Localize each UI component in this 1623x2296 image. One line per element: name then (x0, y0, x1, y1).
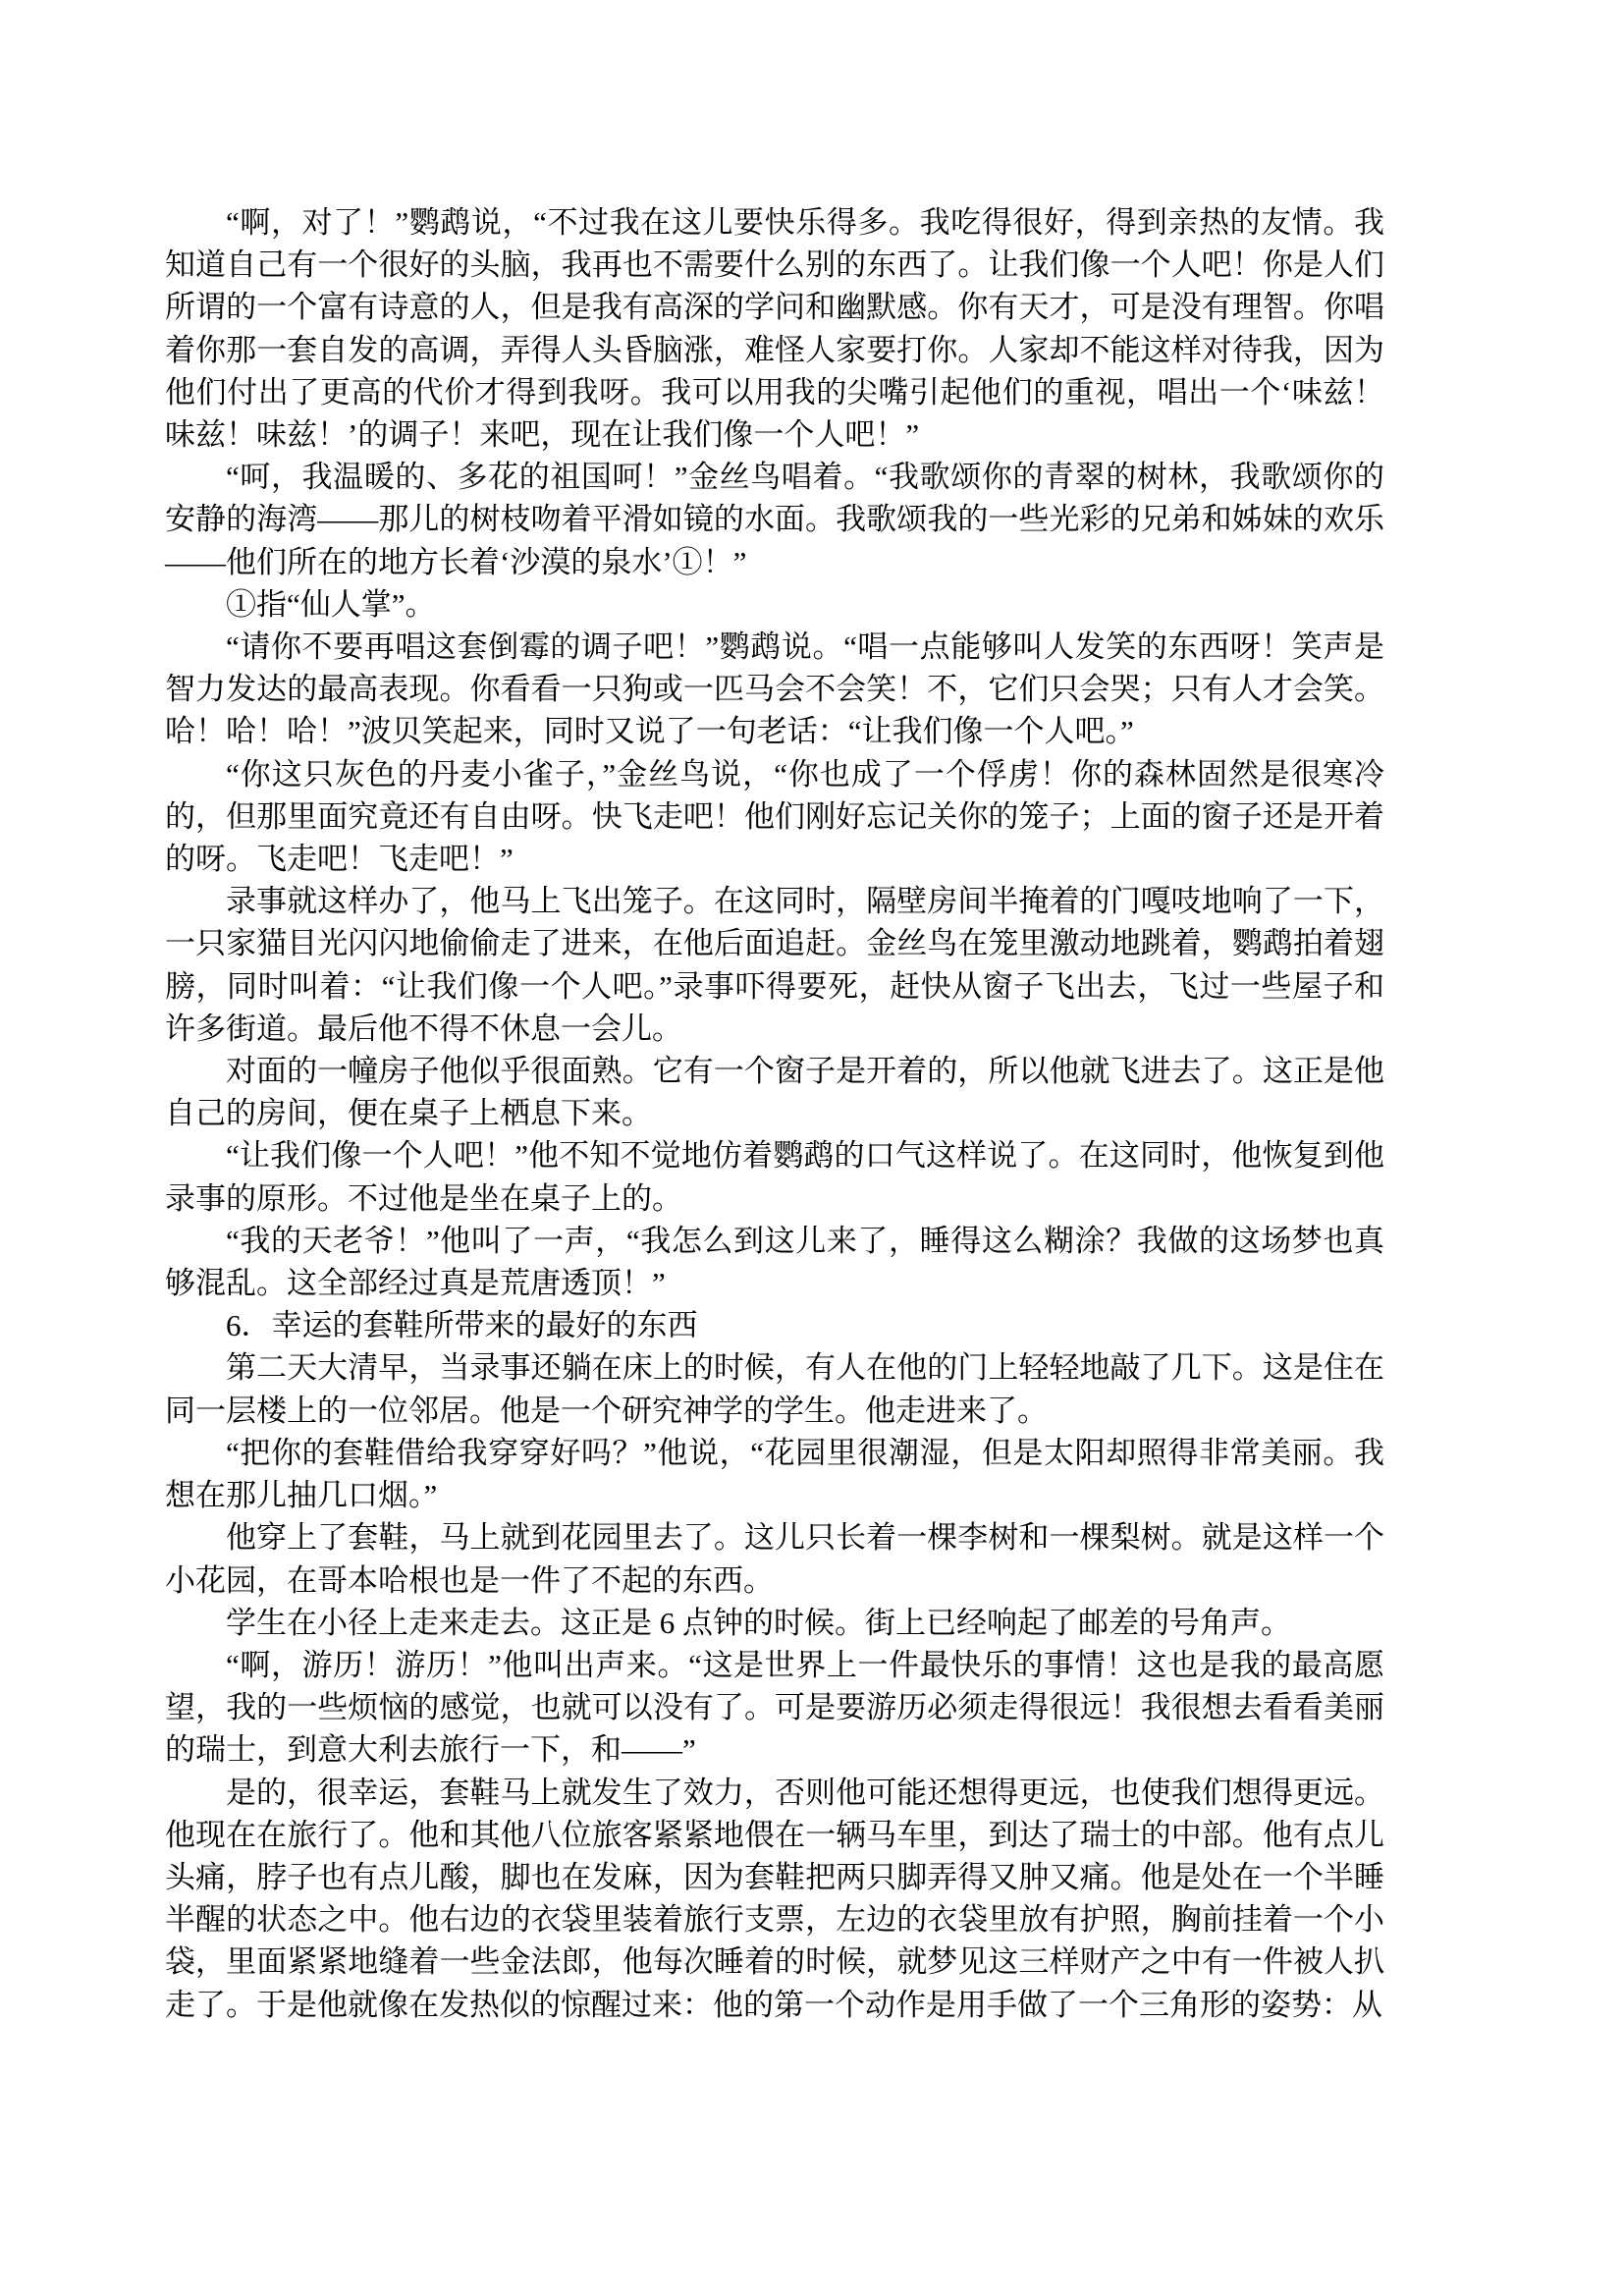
body-paragraph: “啊，游历！游历！”他叫出声来。“这是世界上一件最快乐的事情！这也是我的最高愿望… (165, 1644, 1384, 1772)
body-paragraph: 是的，很幸运，套鞋马上就发生了效力，否则他可能还想得更远，也使我们想得更远。他现… (165, 1772, 1384, 2026)
body-paragraph: “把你的套鞋借给我穿穿好吗？”他说，“花园里很潮湿，但是太阳却照得非常美丽。我想… (165, 1432, 1384, 1516)
body-paragraph: “我的天老爷！”他叫了一声，“我怎么到这儿来了，睡得这么糊涂？我做的这场梦也真够… (165, 1220, 1384, 1304)
body-paragraph: “呵，我温暖的、多花的祖国呵！”金丝鸟唱着。“我歌颂你的青翠的树林，我歌颂你的安… (165, 456, 1384, 583)
body-paragraph: 对面的一幢房子他似乎很面熟。它有一个窗子是开着的，所以他就飞进去了。这正是他自己… (165, 1050, 1384, 1134)
body-paragraph: 第二天大清早，当录事还躺在床上的时候，有人在他的门上轻轻地敲了几下。这是住在同一… (165, 1346, 1384, 1431)
document-page: “啊，对了！”鹦鹉说，“不过我在这儿要快乐得多。我吃得很好，得到亲热的友情。我知… (0, 0, 1623, 2296)
footnote-paragraph: ①指“仙人掌”。 (165, 583, 1384, 626)
body-paragraph: “让我们像一个人吧！”他不知不觉地仿着鹦鹉的口气这样说了。在这同时，他恢复到他录… (165, 1134, 1384, 1219)
body-paragraph: “请你不要再唱这套倒霉的调子吧！”鹦鹉说。“唱一点能够叫人发笑的东西呀！笑声是智… (165, 626, 1384, 753)
body-paragraph: 他穿上了套鞋，马上就到花园里去了。这儿只长着一棵李树和一棵梨树。就是这样一个小花… (165, 1516, 1384, 1601)
body-paragraph: 录事就这样办了，他马上飞出笼子。在这同时，隔壁房间半掩着的门嘎吱地响了一下，一只… (165, 880, 1384, 1050)
section-heading: 6．幸运的套鞋所带来的最好的东西 (165, 1304, 1384, 1346)
body-paragraph: 学生在小径上走来走去。这正是 6 点钟的时候。街上已经响起了邮差的号角声。 (165, 1602, 1384, 1644)
document-body: “啊，对了！”鹦鹉说，“不过我在这儿要快乐得多。我吃得很好，得到亲热的友情。我知… (165, 201, 1384, 2026)
body-paragraph: “啊，对了！”鹦鹉说，“不过我在这儿要快乐得多。我吃得很好，得到亲热的友情。我知… (165, 201, 1384, 456)
body-paragraph: “你这只灰色的丹麦小雀子，”金丝鸟说，“你也成了一个俘虏！你的森林固然是很寒冷的… (165, 753, 1384, 881)
